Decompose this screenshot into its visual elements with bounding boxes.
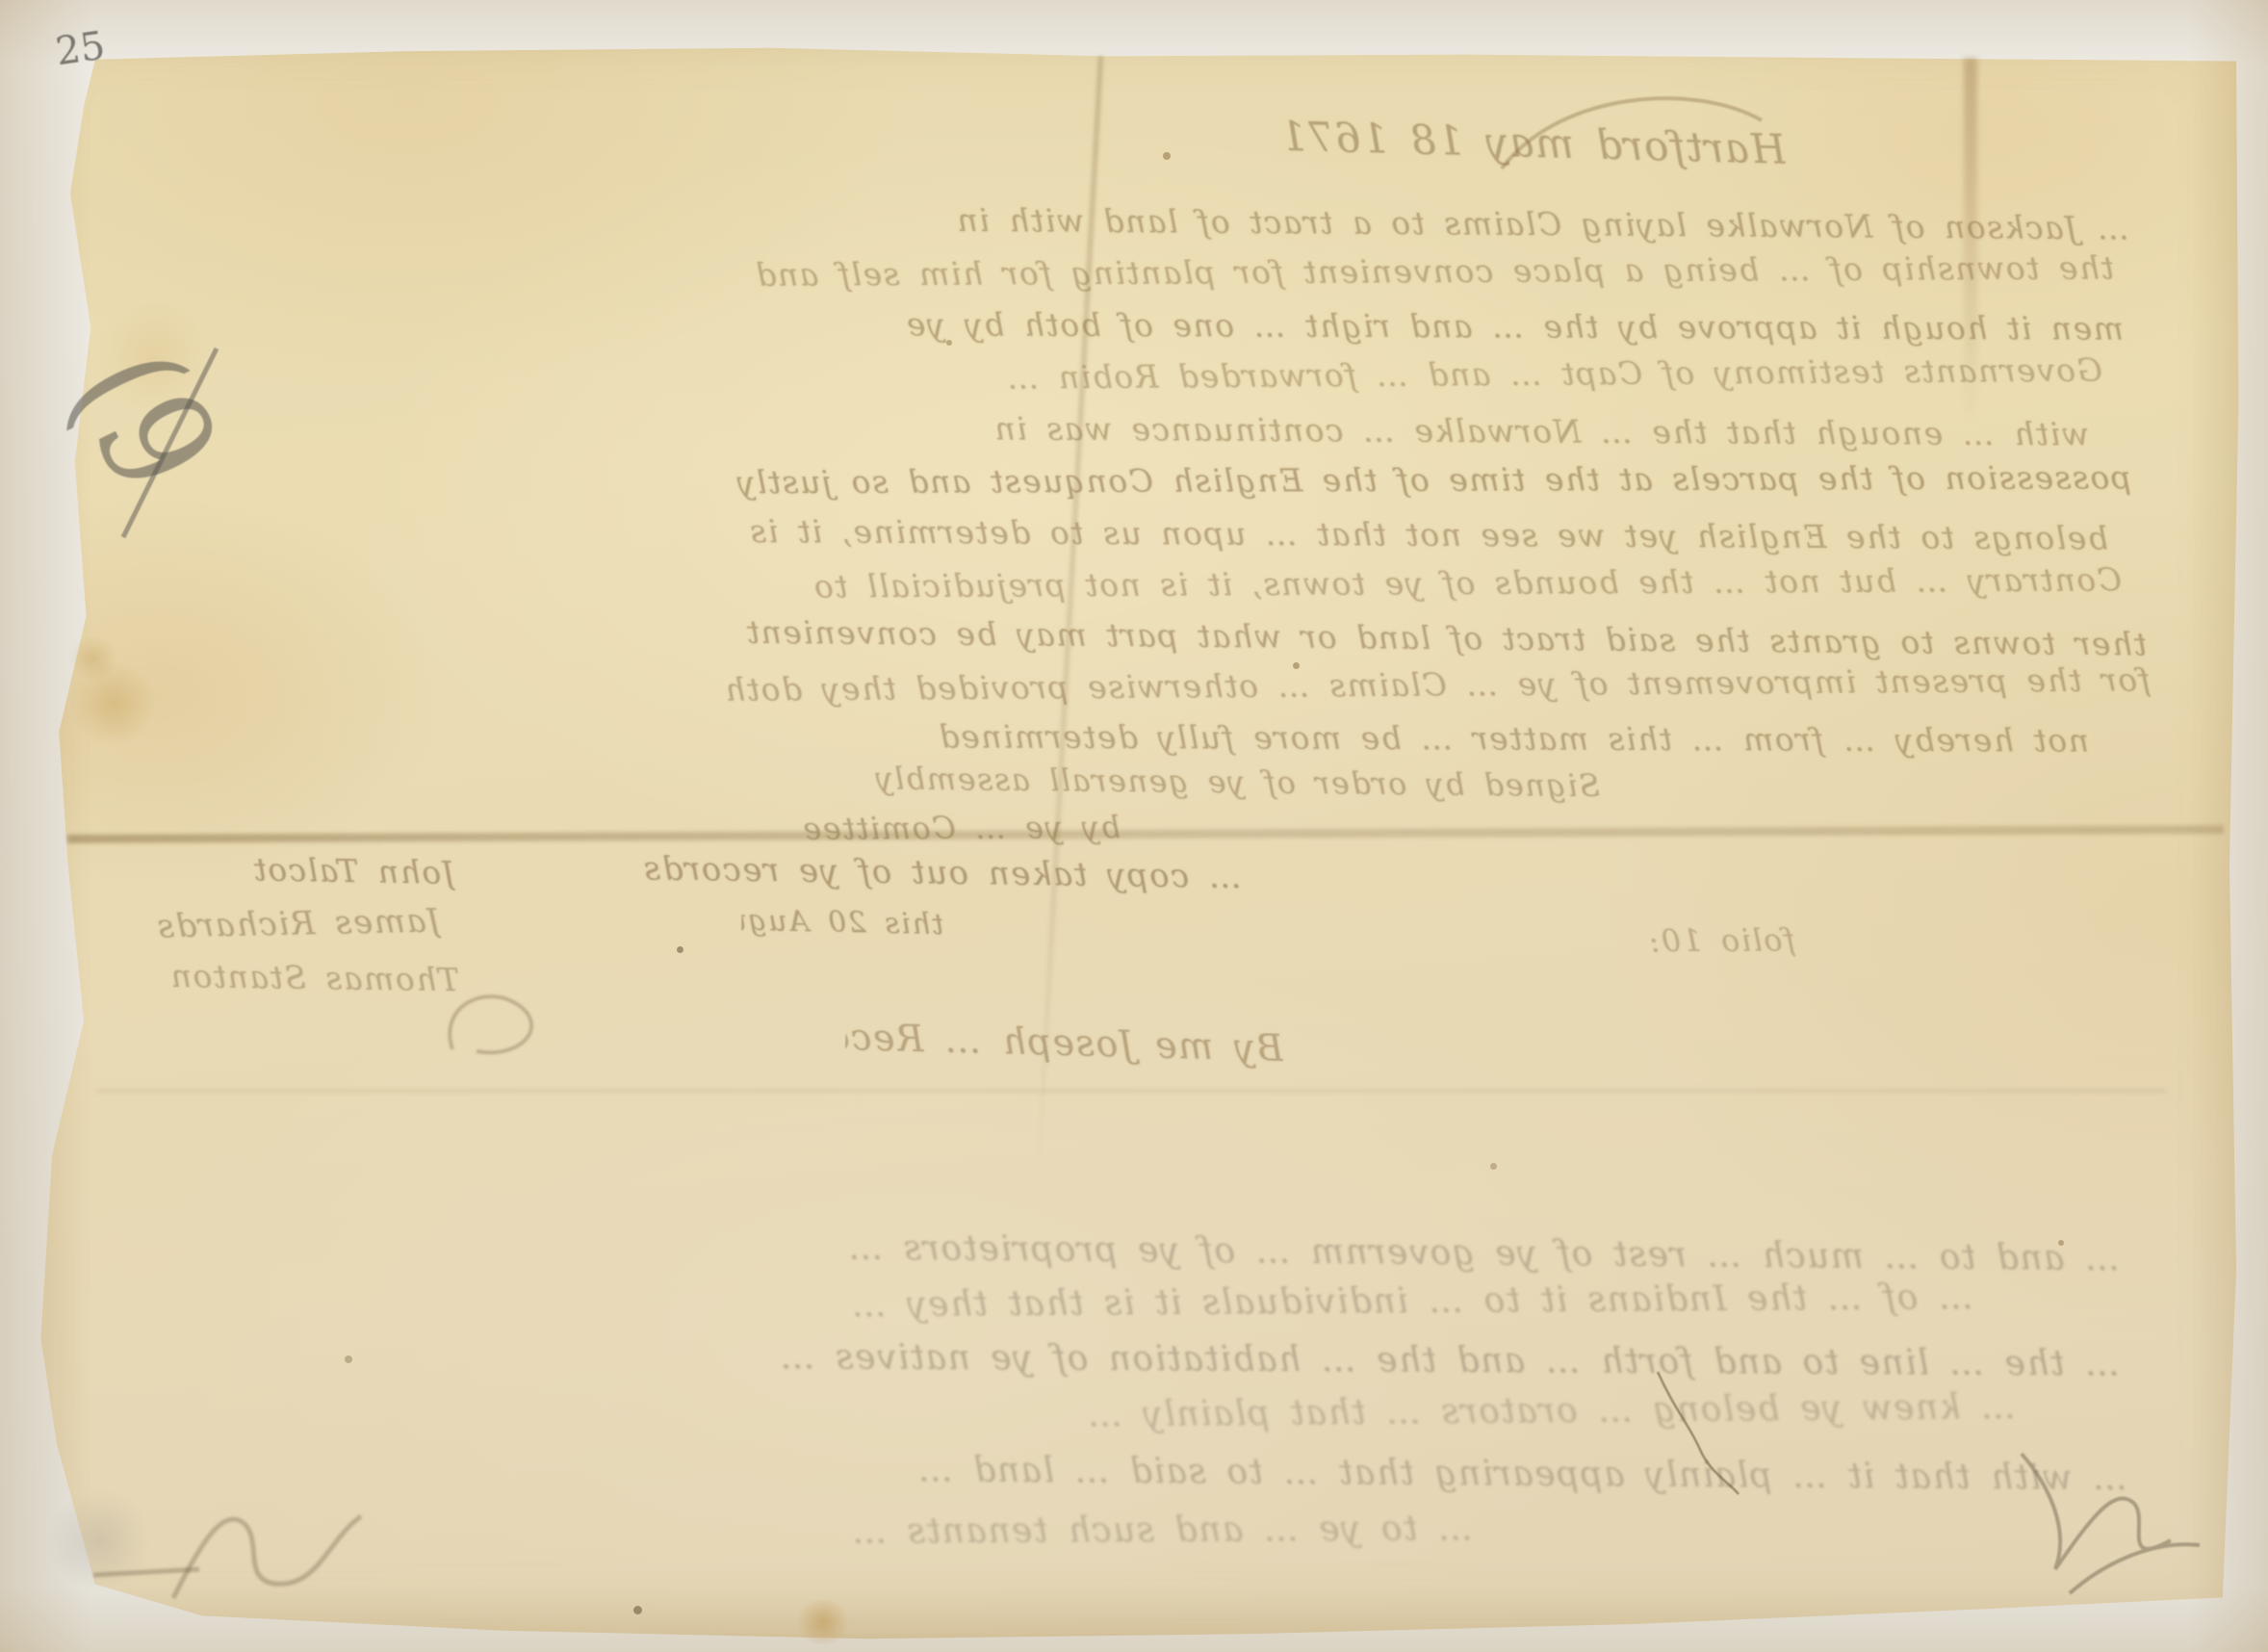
signatory-name-1: John Talcot	[123, 848, 456, 898]
closing-order-line: Signed by order of ye generall assembly	[818, 760, 1600, 813]
body-line-6: possession of the parcels at the time of…	[81, 458, 2131, 511]
scan-canvas: 25 (9 Hartford may 18 1671 … Jackson of …	[0, 0, 2268, 1652]
page-number-pencil: 25	[53, 24, 108, 75]
certification-copy-line: … copy taken out of ye records	[539, 848, 1243, 906]
signatory-name-2: James Richards	[113, 901, 441, 958]
signatory-name-3: Thomas Stanton	[156, 957, 460, 1007]
body-line-11: not hereby … from … this matter … be mor…	[81, 714, 2089, 767]
dateline: Hartford may 18 1671	[1284, 113, 1787, 190]
certification-folio-label: folio 10:	[1627, 921, 1795, 971]
lower-block-line-6: … to ye … and such tenants …	[501, 1509, 1473, 1565]
certification-date-line: this 20 August 1706	[740, 904, 943, 958]
body-line-3: men it hough it approve by the … and rig…	[81, 302, 2124, 355]
closing-by-line: by ye … Comittee	[789, 809, 1121, 855]
certification-attestation: By me Joseph … Record	[844, 1016, 1283, 1087]
